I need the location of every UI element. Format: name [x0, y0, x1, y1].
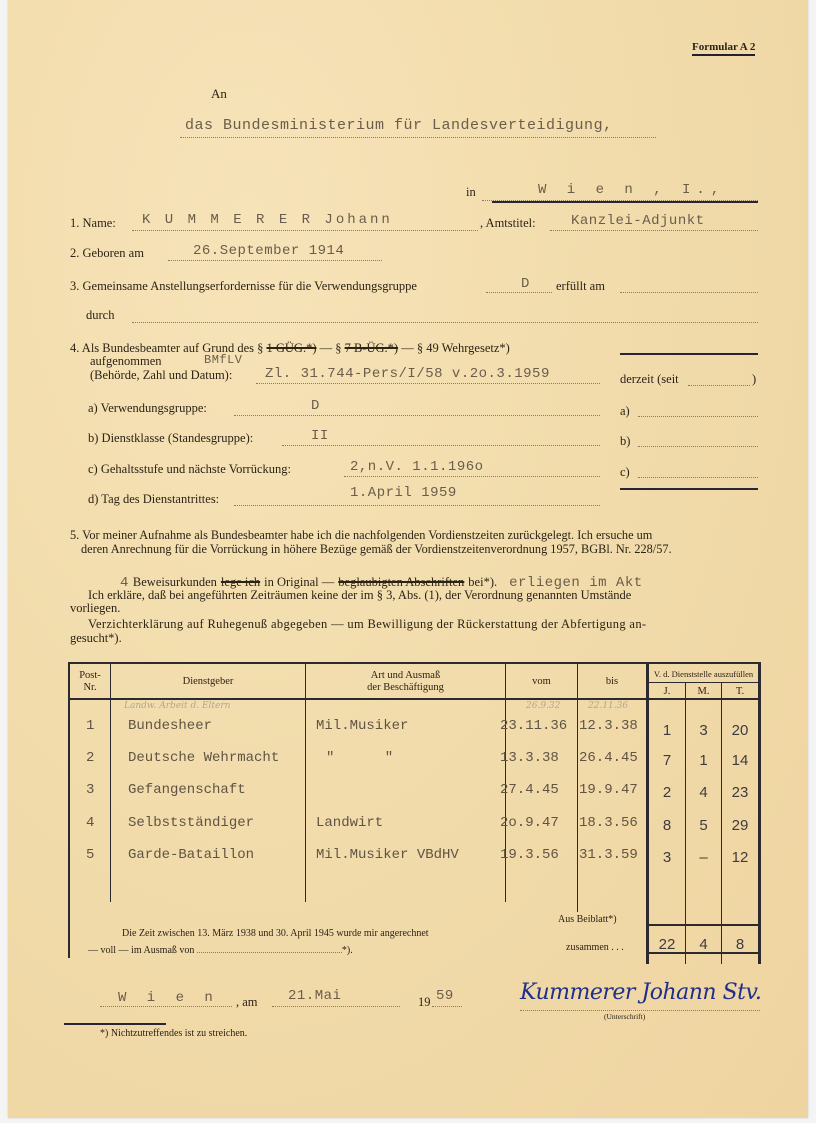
col-divider-nr [110, 662, 111, 902]
fulfilled-label: erfüllt am [556, 279, 605, 294]
form-id: Formular A 2 [692, 41, 755, 56]
declare-line1: Ich erkläre, daß bei angeführten Zeiträu… [88, 588, 631, 603]
row5-vom: 19.3.56 [500, 847, 559, 863]
struck-lege-ich: lege ich [221, 575, 260, 589]
gehaltsstufe-line [344, 476, 600, 477]
row4-art: Landwirt [316, 815, 383, 831]
verzicht-line1: Verzichterklärung auf Ruhegenuß abgegebe… [88, 617, 646, 632]
right-a-line [638, 416, 758, 417]
place-value: W i e n [118, 990, 219, 1006]
header-bis: bis [578, 676, 646, 688]
header-t: T. [722, 686, 758, 698]
header-post-nr: Post- Nr. [70, 670, 110, 694]
row3-vom: 27.4.45 [500, 782, 559, 798]
row2-j: 7 [649, 752, 685, 769]
derzeit-line [688, 385, 750, 386]
location-value: W i e n , I., [538, 182, 725, 198]
struck-guueg: 1 GÜG.*) [267, 341, 317, 355]
row1-m: 3 [686, 722, 721, 739]
document-page: Formular A 2 An das Bundesministerium fü… [8, 0, 808, 1118]
amtstitel-line [550, 230, 758, 231]
gehaltsstufe-value: 2,n.V. 1.1.196o [350, 459, 484, 475]
dienstantritt-line [234, 505, 600, 506]
footnote: *) Nichtzutreffendes ist zu streichen. [100, 1028, 247, 1039]
section4-rule-bottom [620, 488, 758, 490]
location-rule [492, 201, 758, 203]
year-line [432, 1006, 462, 1007]
dienstantritt-label: d) Tag des Dienstantrittes: [88, 492, 219, 507]
dienstklasse-label: b) Dienstklasse (Standesgruppe): [88, 431, 253, 446]
total-j: 22 [649, 936, 685, 953]
row1-art: Mil.Musiker [316, 718, 408, 734]
row3-m: 4 [686, 784, 721, 801]
row5-bis: 31.3.59 [579, 847, 638, 863]
section5-line1: 5. Vor meiner Aufnahme als Bundesbeamter… [70, 528, 652, 543]
table-top-border [68, 662, 760, 664]
row1-j: 1 [649, 722, 685, 739]
col-divider-dienstgeber [305, 662, 306, 902]
amtstitel-label: , Amtstitel: [480, 216, 536, 231]
name-value: K U M M E R E R Johann [142, 212, 393, 228]
row2-art: " " [326, 750, 393, 766]
aus-beiblatt-label: Aus Beiblatt*) [558, 914, 617, 925]
pencil-note-bis: 22.11.36 [588, 701, 628, 711]
anrechnung-note-line1: Die Zeit zwischen 13. März 1938 und 30. … [122, 928, 429, 939]
pencil-note-dienstgeber: Landw. Arbeit d. Eltern [124, 701, 230, 711]
gehaltsstufe-label: c) Gehaltsstufe und nächste Vorrückung: [88, 462, 291, 477]
place-line [100, 1006, 232, 1007]
zahl-value: Zl. 31.744-Pers/I/58 v.2o.3.1959 [265, 366, 550, 382]
aus-beiblatt-rule [648, 924, 760, 926]
pencil-note-vom: 26.9.32 [526, 701, 560, 711]
name-line [132, 230, 478, 231]
row1-dienstgeber: Bundesheer [128, 718, 212, 734]
addressee: das Bundesministerium für Landesverteidi… [185, 117, 613, 134]
row2-bis: 26.4.45 [579, 750, 638, 766]
name-label: 1. Name: [70, 216, 116, 231]
anrechnung-note-line2: — voll — im Ausmaß von *). [88, 945, 353, 956]
amtstitel-value: Kanzlei-Adjunkt [571, 213, 705, 229]
anrechnung-note-suffix: *). [342, 945, 353, 956]
beweis-end: bei*). [468, 575, 497, 589]
office-subheader-rule [648, 682, 760, 683]
office-box-right [758, 662, 761, 964]
requirements-group-line [486, 292, 552, 293]
born-label: 2. Geboren am [70, 246, 144, 261]
verwendungsgruppe-value: D [311, 398, 320, 414]
row3-dienstgeber: Gefangenschaft [128, 782, 246, 798]
footnote-rule [64, 1023, 166, 1025]
requirements-group-value: D [521, 276, 530, 292]
table-left-border [68, 662, 70, 958]
row4-dienstgeber: Selbstständiger [128, 815, 254, 831]
col-divider-vom [577, 662, 578, 912]
row5-j: 3 [649, 849, 685, 866]
total-t: 8 [722, 936, 758, 953]
durch-label: durch [86, 308, 114, 323]
right-a-label: a) [620, 404, 630, 419]
declare-line2: vorliegen. [70, 601, 120, 616]
row2-m: 1 [686, 752, 721, 769]
addressee-line [180, 137, 656, 138]
year-value: 59 [436, 988, 454, 1004]
header-office-group: V. d. Dienststelle auszufüllen [649, 668, 758, 680]
row4-bis: 18.3.56 [579, 815, 638, 831]
derzeit-label: derzeit (seit [620, 372, 679, 387]
dienstklasse-value: II [311, 428, 329, 444]
zahl-line [256, 383, 600, 384]
anrechnung-note-prefix: — voll — im Ausmaß von [88, 945, 194, 956]
behoerde-value: BMfLV [204, 353, 243, 367]
office-box-left [646, 662, 649, 964]
row5-dienstgeber: Garde-Bataillon [128, 847, 254, 863]
header-j: J. [649, 686, 685, 698]
verwendungsgruppe-line [234, 415, 600, 416]
row2-dienstgeber: Deutsche Wehrmacht [128, 750, 279, 766]
date-line [272, 1006, 400, 1007]
signature: Kummerer Johann Stv. [520, 980, 761, 1005]
section4-sep: — § [320, 341, 342, 355]
row3-nr: 3 [86, 782, 94, 798]
right-c-line [638, 477, 758, 478]
row3-t: 23 [722, 784, 758, 801]
struck-abschriften: beglaubigten Abschriften [338, 575, 464, 589]
row2-vom: 13.3.38 [500, 750, 559, 766]
total-m: 4 [686, 936, 721, 953]
row3-bis: 19.9.47 [579, 782, 638, 798]
date-value: 21.Mai [288, 988, 341, 1004]
verwendungsgruppe-label: a) Verwendungsgruppe: [88, 401, 207, 416]
year-prefix: 19 [418, 995, 431, 1010]
signature-line [520, 1010, 760, 1011]
date-am-label: , am [236, 995, 258, 1010]
row2-nr: 2 [86, 750, 94, 766]
verzicht-line2: gesucht*). [70, 631, 122, 646]
header-art: Art und Ausmaß der Beschäftigung [306, 670, 505, 694]
fulfilled-line [620, 292, 758, 293]
requirements-label: 3. Gemeinsame Anstellungserfordernisse f… [70, 279, 417, 294]
section4-rule-top [620, 353, 758, 355]
beweis-label: Beweisurkunden [133, 575, 217, 589]
dienstklasse-line [282, 445, 600, 446]
signature-label: (Unterschrift) [604, 1012, 645, 1021]
beweis-mid: in Original — [264, 575, 334, 589]
zusammen-label: zusammen . . . [566, 942, 624, 953]
durch-line [132, 322, 758, 323]
table-header-rule [68, 698, 760, 700]
header-m: M. [686, 686, 721, 698]
row1-vom: 23.11.36 [500, 718, 567, 734]
struck-bueg: 7 B-ÜG.*) [345, 341, 398, 355]
row4-t: 29 [722, 817, 758, 834]
section5-line2: deren Anrechnung für die Vorrückung in h… [81, 542, 672, 557]
section4-suffix: — § 49 Wehrgesetz*) [401, 341, 510, 355]
row4-vom: 2o.9.47 [500, 815, 559, 831]
row5-art: Mil.Musiker VBdHV [316, 847, 459, 863]
right-b-line [638, 446, 758, 447]
born-line [168, 260, 382, 261]
header-vom: vom [506, 676, 577, 688]
header-dienstgeber: Dienstgeber [111, 676, 305, 688]
row1-t: 20 [722, 722, 758, 739]
derzeit-close: ) [752, 372, 756, 387]
row1-bis: 12.3.38 [579, 718, 638, 734]
born-value: 26.September 1914 [193, 243, 344, 259]
row4-nr: 4 [86, 815, 94, 831]
row5-m: – [686, 849, 721, 866]
row5-nr: 5 [86, 847, 94, 863]
right-c-label: c) [620, 465, 630, 480]
right-b-label: b) [620, 434, 630, 449]
behoerde-label: (Behörde, Zahl und Datum): [90, 368, 232, 383]
addressee-prefix: An [211, 86, 227, 102]
ausmass-line [197, 952, 342, 953]
dienstantritt-value: 1.April 1959 [350, 485, 457, 501]
location-prefix: in [466, 185, 476, 200]
row2-t: 14 [722, 752, 758, 769]
service-periods-table: Post- Nr. Dienstgeber Art und Ausmaß der… [68, 662, 760, 964]
row4-m: 5 [686, 817, 721, 834]
row5-t: 12 [722, 849, 758, 866]
aufgenommen-label: aufgenommen [90, 355, 162, 367]
row4-j: 8 [649, 817, 685, 834]
row1-nr: 1 [86, 718, 94, 734]
row3-j: 2 [649, 784, 685, 801]
